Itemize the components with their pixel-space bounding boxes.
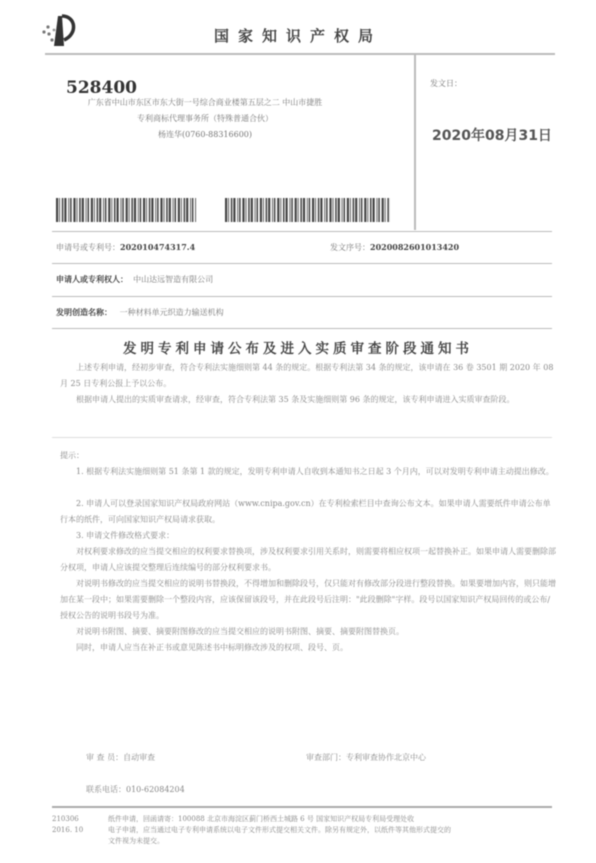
barcode-left bbox=[56, 198, 196, 222]
application-number-row: 申请号或专利号：202010474317.4 bbox=[56, 242, 195, 253]
tips-label: 提示： bbox=[60, 448, 556, 464]
examiner-row: 审 查 员：自动审查 bbox=[86, 752, 155, 763]
serial-number-label: 发文序号： bbox=[330, 243, 370, 252]
footer-line-3: 文件视为未提交。 bbox=[108, 836, 552, 847]
notice-paragraph-1: 上述专利申请，经初步审查，符合专利法实施细则第 44 条的规定。根据专利法第 3… bbox=[60, 360, 556, 392]
form-code: 210306 bbox=[52, 814, 79, 825]
application-number-label: 申请号或专利号： bbox=[56, 243, 120, 252]
issue-date-label: 发文日： bbox=[430, 78, 462, 89]
serial-number-row: 发文序号：2020082601013420 bbox=[330, 242, 459, 253]
footer-line-1: 纸件申请，回函请寄：100088 北京市海淀区蓟门桥西土城路 6 号 国家知识产… bbox=[108, 814, 552, 825]
tip-3a: 对权利要求修改的应当提交相应的权利要求替换项，涉及权利要求引用关系时，则需要将相… bbox=[60, 544, 556, 576]
tip-2: 2. 申请人可以登录国家知识产权局政府网站（www.cnipa.gov.cn）在… bbox=[60, 496, 556, 528]
notice-title: 发明专利申请公布及进入实质审查阶段通知书 bbox=[0, 337, 596, 357]
invention-title-label: 发明创造名称： bbox=[56, 307, 112, 317]
application-number-value: 202010474317.4 bbox=[120, 242, 195, 252]
agency-name: 国家知识产权局 bbox=[0, 25, 596, 46]
tip-3d: 同时，申请人应当在补正书或意见陈述书中标明修改涉及的权项、段号、页。 bbox=[60, 640, 556, 656]
tip-1: 1. 根据专利法实施细则第 51 条第 1 款的规定，发明专利申请人自收到本通知… bbox=[60, 464, 556, 480]
invention-title-row: 发明创造名称： 一种材料单元织造力输送机构 bbox=[56, 307, 224, 318]
notice-paragraph-2: 根据申请人提出的实质审查请求，经审查，符合专利法第 35 条及实施细则第 96 … bbox=[60, 392, 556, 408]
serial-number-value: 2020082601013420 bbox=[370, 242, 459, 252]
invention-title-value: 一种材料单元织造力输送机构 bbox=[120, 308, 224, 317]
examiner-label: 审 查 员： bbox=[86, 753, 123, 762]
form-date: 2016. 10 bbox=[52, 825, 83, 836]
footer-line-2: 电子申请，应当通过电子专利申请系统以电子文件形式提交相关文件。除另有规定外，以纸… bbox=[108, 825, 552, 836]
department-label: 审查部门： bbox=[306, 753, 346, 762]
department-row: 审查部门：专利审查协作北京中心 bbox=[306, 752, 426, 763]
tip-3: 3. 申请文件修改格式要求： bbox=[60, 528, 556, 544]
applicant-row: 申请人或专利权人： 中山达远智造有限公司 bbox=[56, 274, 213, 285]
issue-date: 2020年08月31日 bbox=[432, 125, 552, 145]
phone-row: 联系电话：010-62084204 bbox=[86, 784, 185, 795]
examiner-value: 自动审查 bbox=[123, 753, 155, 762]
barcode-right bbox=[225, 198, 390, 222]
recipient-address-line2: 专利商标代理事务所（特殊普通合伙） bbox=[60, 111, 350, 127]
department-value: 专利审查协作北京中心 bbox=[346, 753, 426, 762]
recipient-contact: 杨连华(0760-88316600) bbox=[60, 127, 350, 143]
phone-label: 联系电话： bbox=[86, 785, 126, 794]
applicant-value: 中山达远智造有限公司 bbox=[133, 275, 213, 284]
recipient-address-line1: 广东省中山市东区市东大街一号综合商业楼第五层之二 中山市捷胜 bbox=[60, 95, 350, 111]
tip-3c: 对说明书附图、摘要、摘要附图修改的应当提交相应的说明书附图、摘要、摘要附图替换页… bbox=[60, 624, 556, 640]
phone-value: 010-62084204 bbox=[126, 785, 185, 794]
tip-3b: 对说明书修改的应当提交相应的说明书替换段，不得增加和删除段号，仅只能对有修改部分… bbox=[60, 576, 556, 624]
applicant-label: 申请人或专利权人： bbox=[56, 274, 128, 284]
